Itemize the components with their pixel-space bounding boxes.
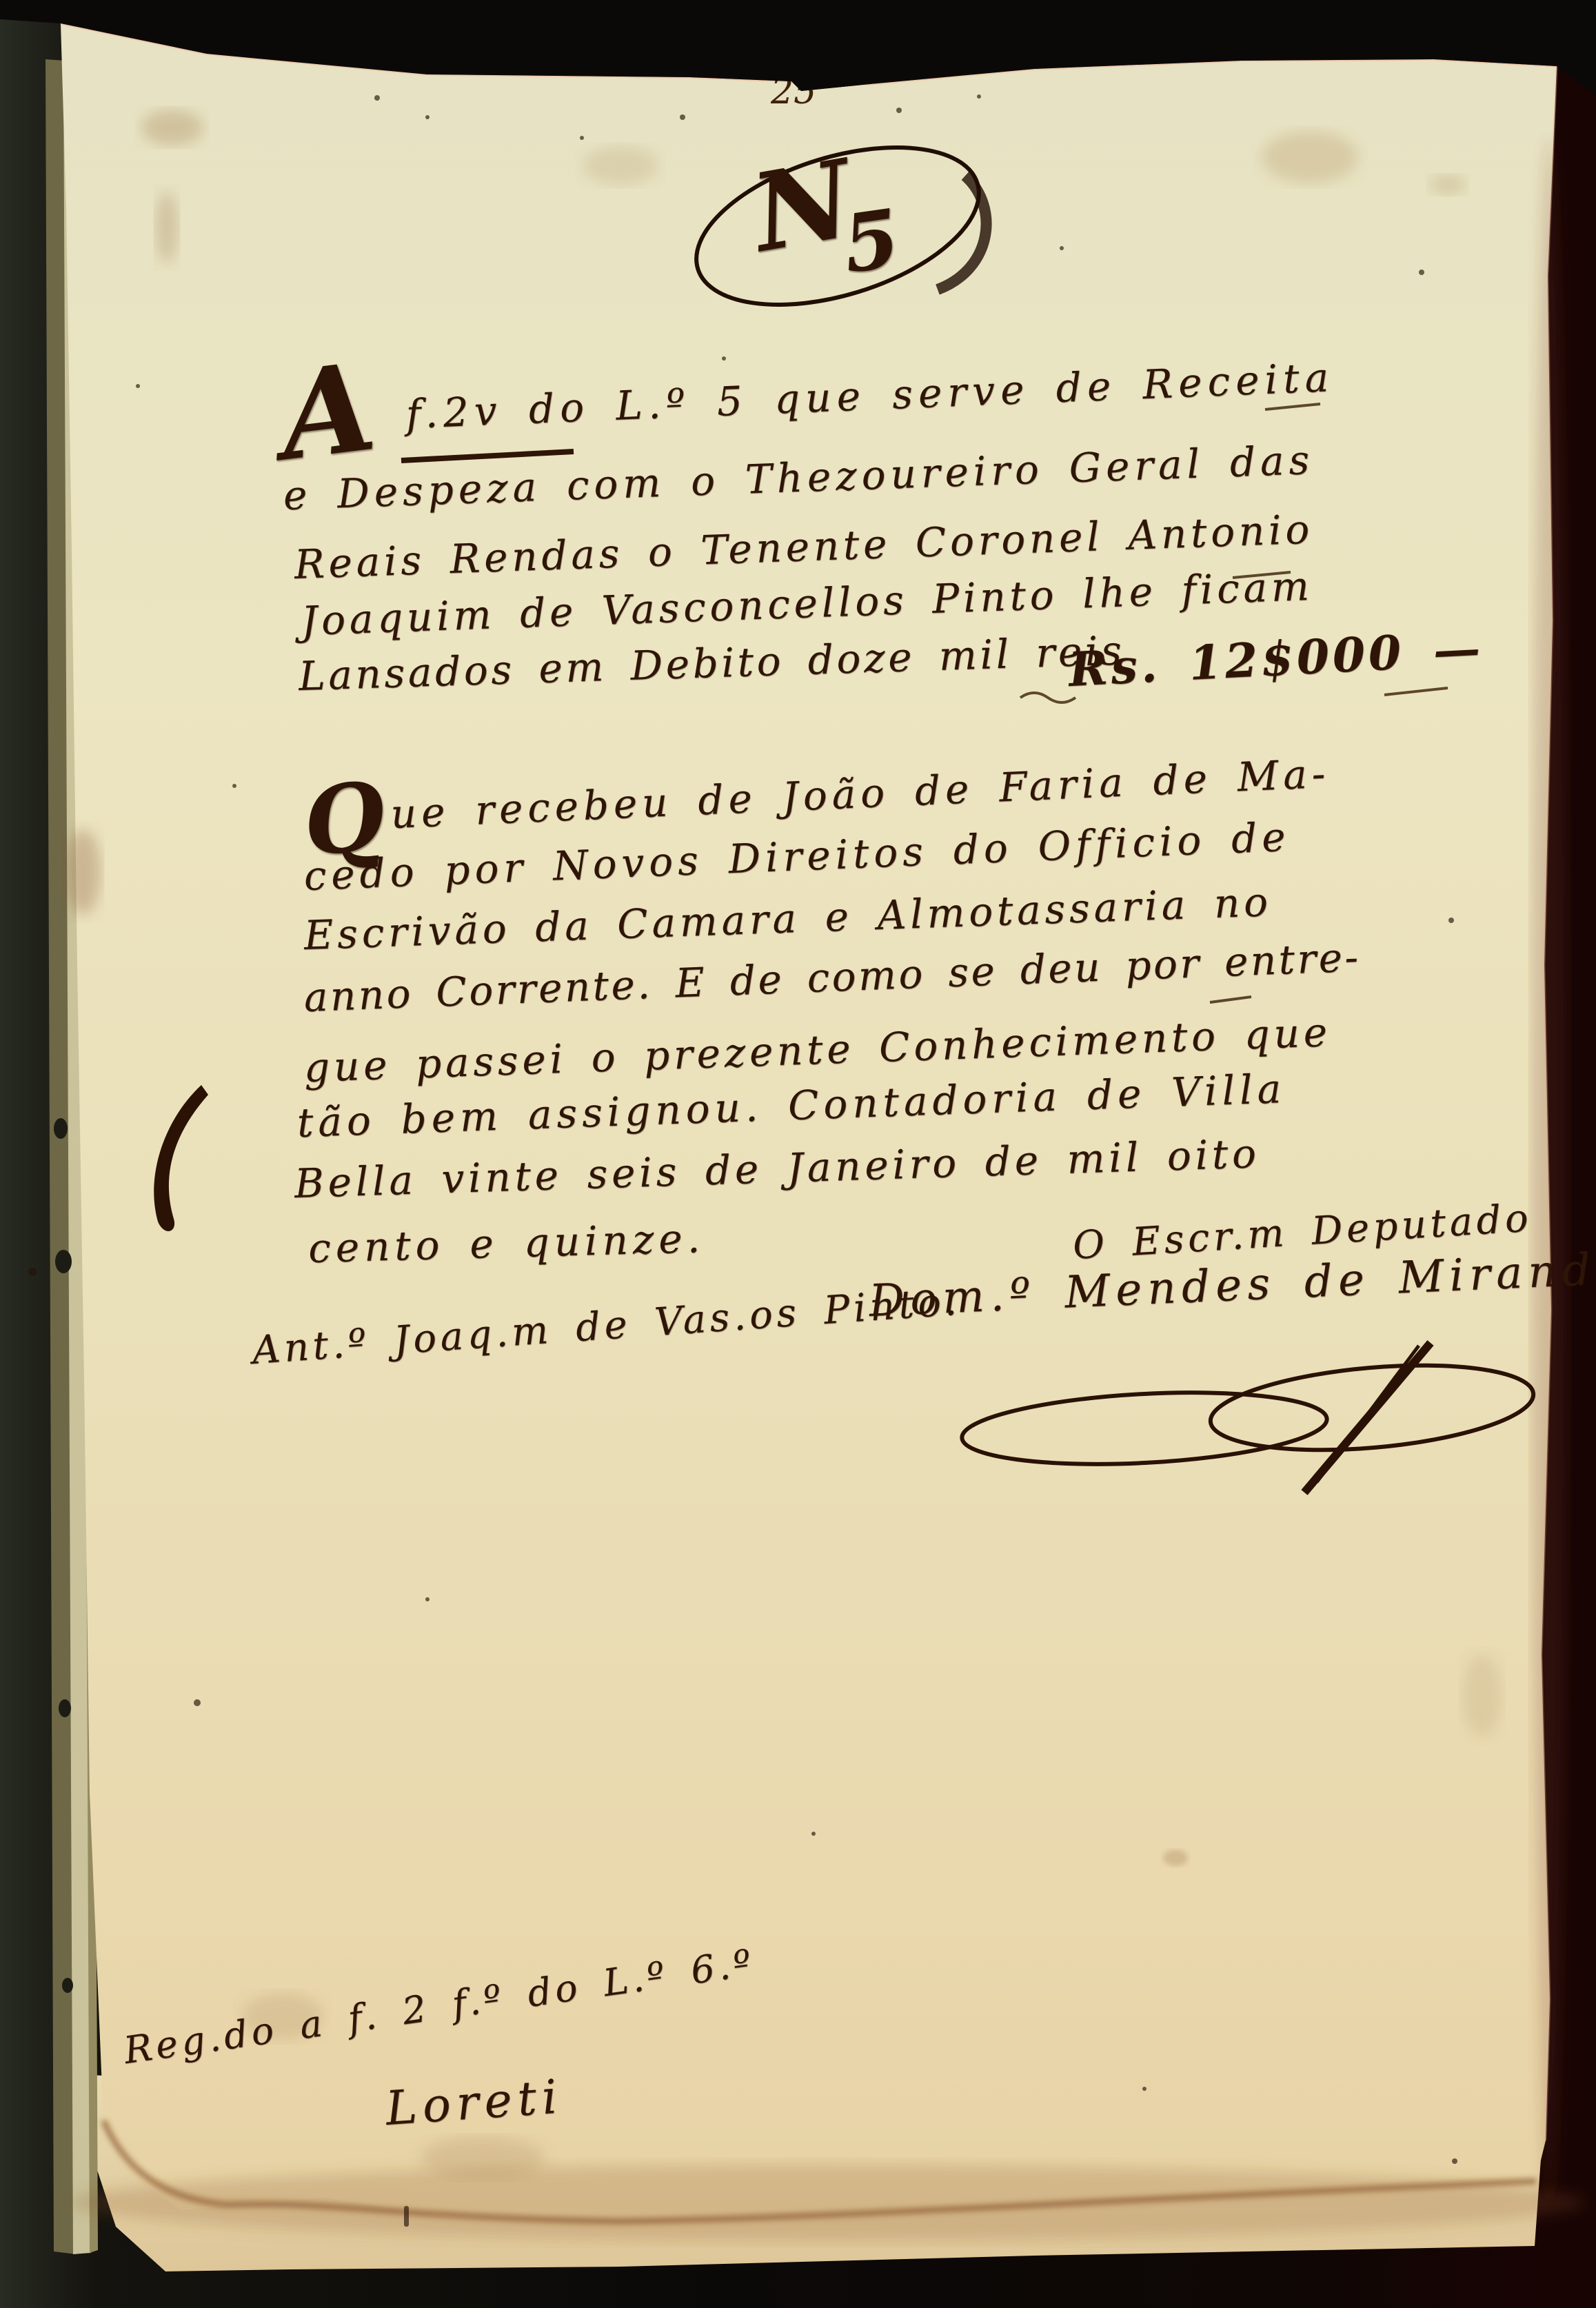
stitch-hole	[55, 1250, 72, 1273]
bottom-aging	[69, 2165, 1586, 2240]
doc-number-digit: 5	[838, 198, 909, 285]
stitch-hole	[59, 1699, 71, 1717]
paragraph1-dropcap: A	[274, 345, 390, 478]
manuscript-line: cento e quinze.	[307, 1218, 705, 1268]
clerk-signature: Loreti	[384, 2074, 564, 2133]
stitch-hole	[62, 1978, 73, 1993]
manuscript-scan: 25 N 5 A f.2v do L.º 5 que serve de Rece…	[0, 0, 1596, 2308]
stitch-hole	[54, 1118, 68, 1139]
right-aging	[1532, 138, 1568, 2206]
